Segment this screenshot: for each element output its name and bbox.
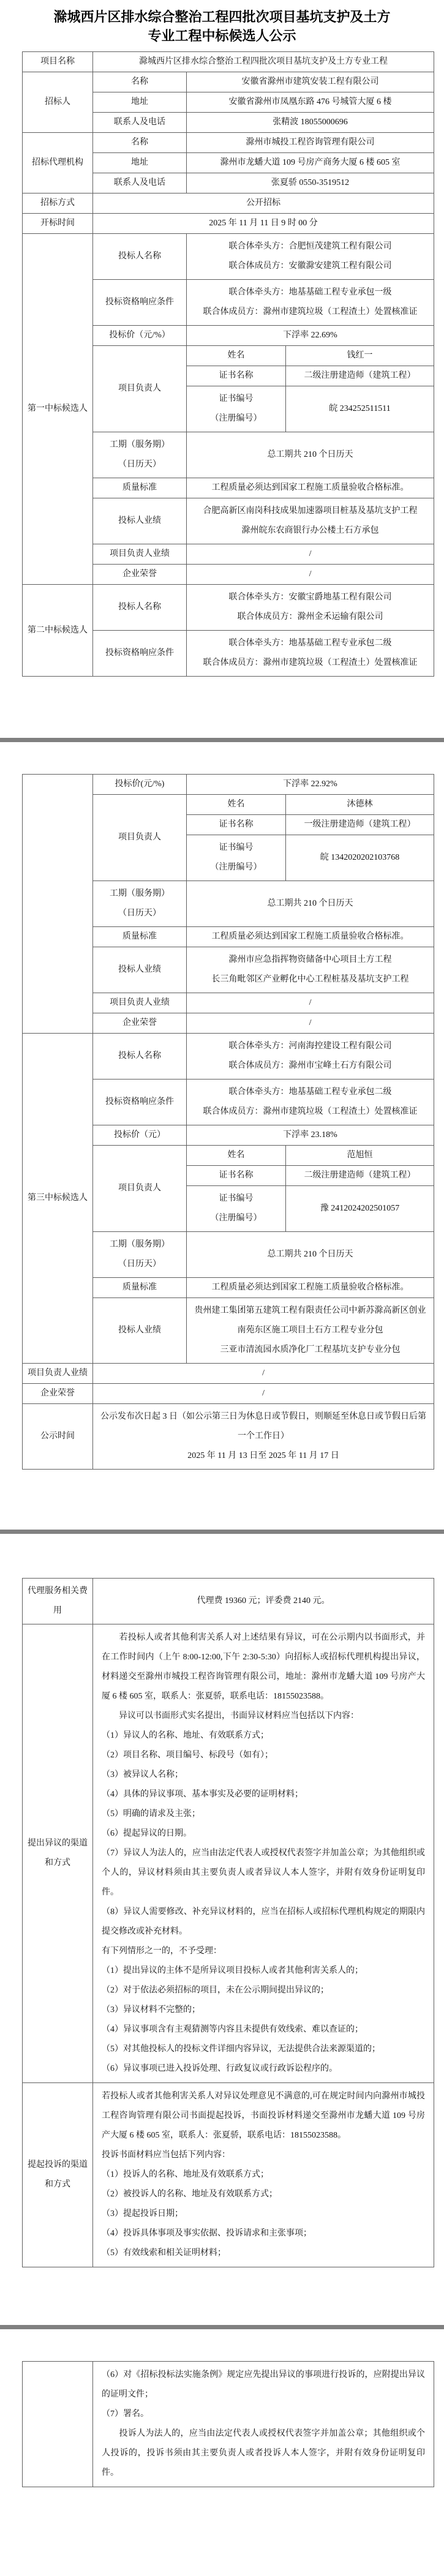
label-c1-cert-name: 证书名称 bbox=[187, 366, 286, 386]
value-tenderer-contact: 张精波 18055000696 bbox=[187, 113, 434, 133]
label-candidate2-group: 第二中标候选人 bbox=[23, 585, 93, 677]
objection-paragraph: （4）异议事项含有主观猜测等内容且未提供有效线索、难以查证的； bbox=[102, 2020, 425, 2040]
label-c1-qualification: 投标资格响应条件 bbox=[93, 280, 187, 326]
label-c3-cert-name: 证书名称 bbox=[187, 1166, 286, 1186]
label-c3-project-manager: 项目负责人 bbox=[93, 1146, 187, 1232]
value-c1-honor: / bbox=[187, 565, 434, 585]
label-c2-pm-performance: 项目负责人业绩 bbox=[93, 993, 187, 1013]
label-c2-project-manager: 项目负责人 bbox=[93, 795, 187, 881]
value-c2-pm-performance: / bbox=[187, 993, 434, 1013]
value-c1-bid-price: 下浮率 22.69% bbox=[187, 326, 434, 346]
page-separator-1 bbox=[0, 738, 444, 742]
value-agency-contact: 张夏骄 0550-3519512 bbox=[187, 173, 434, 193]
label-c2-quality: 质量标准 bbox=[93, 927, 187, 947]
announcement-table-page2: 投标价(元/%) 下浮率 22.92% 项目负责人 姓名 沐德林 证书名称 一级… bbox=[22, 774, 434, 1470]
value-tenderer-name: 安徽省滁州市建筑安装工程有限公司 bbox=[187, 72, 434, 92]
page-title-line1: 滁城西片区排水综合整治工程四批次项目基坑支护及土方 bbox=[0, 7, 444, 26]
value-c3-bid-price: 下浮率 23.18% bbox=[187, 1125, 434, 1146]
label-c1-project-manager: 项目负责人 bbox=[93, 346, 187, 432]
value-publicity-time: 公示发布次日起 3 日（如公示第三日为休息日或节假日，则顺延至休息日或节假日后第… bbox=[93, 1404, 434, 1470]
label-c2-bid-price: 投标价(元/%) bbox=[93, 775, 187, 795]
label-c3-quality: 质量标准 bbox=[93, 1278, 187, 1298]
complaint-paragraph: （3）提起投诉日期； bbox=[102, 2204, 425, 2224]
label-c2-cert-no: 证书编号 （注册编号） bbox=[187, 835, 286, 881]
label-c2-bidder: 投标人名称 bbox=[93, 585, 187, 631]
value-c1-duration: 总工期共 210 个日历天 bbox=[187, 432, 434, 478]
objection-paragraph: 若投标人或者其他利害关系人对上述结果有异议，可在公示期内以书面形式，并在工作时间… bbox=[102, 1628, 425, 1707]
label-c3-pm-name: 姓名 bbox=[187, 1146, 286, 1166]
value-agency-fee: 代理费 19360 元；评委费 2140 元。 bbox=[93, 1579, 434, 1624]
objection-paragraph: （1）异议人的名称、地址、有效联系方式； bbox=[102, 1726, 425, 1746]
value-c2-quality: 工程质量必须达到国家工程施工质量验收合格标准。 bbox=[187, 927, 434, 947]
complaint-paragraph: 投诉书面材料应当包括下列内容： bbox=[102, 2146, 425, 2165]
label-c1-duration: 工期（服务期） （日历天） bbox=[93, 432, 187, 478]
value-c3-quality: 工程质量必须达到国家工程施工质量验收合格标准。 bbox=[187, 1278, 434, 1298]
label-objection-channel: 提出异议的渠道 和方式 bbox=[23, 1624, 93, 2083]
label-c3-performance: 投标人业绩 bbox=[93, 1298, 187, 1364]
label-c2-honor: 企业荣誉 bbox=[93, 1013, 187, 1034]
value-c2-bid-price: 下浮率 22.92% bbox=[187, 775, 434, 795]
objection-paragraph: （6）提起异议的日期。 bbox=[102, 1824, 425, 1844]
value-c3-cert-name: 二级注册建造师（建筑工程） bbox=[286, 1166, 434, 1186]
label-tenderer: 招标人 bbox=[23, 72, 93, 133]
label-candidate1-group: 第一中标候选人 bbox=[23, 234, 93, 585]
label-agency-fee: 代理服务相关费用 bbox=[23, 1579, 93, 1624]
value-c2-pm-name: 沐德林 bbox=[286, 795, 434, 815]
label-c3-bidder: 投标人名称 bbox=[93, 1034, 187, 1080]
objection-paragraph: （2）对于依法必须招标的项目，未在公示期间提出异议的； bbox=[102, 1981, 425, 2000]
announcement-document: { "title": { "line1": "滁城西片区排水综合整治工程四批次项… bbox=[0, 0, 444, 2576]
value-c3-pm-performance: / bbox=[93, 1364, 434, 1384]
value-agency-name: 滁州市城投工程咨询管理有限公司 bbox=[187, 133, 434, 153]
value-c2-honor: / bbox=[187, 1013, 434, 1034]
label-c1-pm-name: 姓名 bbox=[187, 346, 286, 366]
value-c2-qualification: 联合体牵头方：地基基础工程专业承包二级 联合体成员方：滁州市建筑垃圾（工程渣土）… bbox=[187, 631, 434, 677]
value-c1-bidder: 联合体牵头方：合肥恒茂建筑工程有限公司 联合体成员方：安徽滁安建筑工程有限公司 bbox=[187, 234, 434, 280]
label-complaint-channel: 提起投诉的渠道 和方式 bbox=[23, 2083, 93, 2267]
label-c1-cert-no: 证书编号 （注册编号） bbox=[187, 386, 286, 432]
objection-content: 若投标人或者其他利害关系人对上述结果有异议，可在公示期内以书面形式，并在工作时间… bbox=[93, 1624, 434, 2083]
label-c1-bid-price: 投标价（元/%） bbox=[93, 326, 187, 346]
label-c1-bidder: 投标人名称 bbox=[93, 234, 187, 280]
page-separator-3 bbox=[0, 2325, 444, 2329]
complaint-paragraph: （4）投诉具体事项及事实依据、投诉请求和主张事项； bbox=[102, 2224, 425, 2244]
label-c1-quality: 质量标准 bbox=[93, 478, 187, 498]
objection-paragraph: （3）异议材料不完整的； bbox=[102, 2000, 425, 2020]
value-c2-performance: 滁州市应急指挥物资储备中心项目土方工程 长三角毗邻区产业孵化中心工程桩基及基坑支… bbox=[187, 947, 434, 993]
label-tender-method: 招标方式 bbox=[23, 193, 93, 214]
value-c2-bidder: 联合体牵头方：安徽宝爵地基工程有限公司 联合体成员方：滁州金禾运输有限公司 bbox=[187, 585, 434, 631]
label-c3-bid-price: 投标价（元） bbox=[93, 1125, 187, 1146]
value-c3-qualification: 联合体牵头方：地基基础工程专业承包二级 联合体成员方：滁州市建筑垃圾（工程渣土）… bbox=[187, 1080, 434, 1125]
announcement-table-page4: （6）对《招标投标法实施条例》规定应先提出异议的事项进行投诉的，应附提出异议的证… bbox=[22, 2361, 434, 2487]
value-project-name: 滁城西片区排水综合整治工程四批次项目基坑支护及土方专业工程 bbox=[93, 52, 434, 72]
label-c2-duration: 工期（服务期） （日历天） bbox=[93, 881, 187, 927]
page-separator-2 bbox=[0, 1530, 444, 1534]
label-c3-pm-performance: 项目负责人业绩 bbox=[23, 1364, 93, 1384]
label-agency-address: 地址 bbox=[93, 153, 187, 173]
empty-group-cell-c2 bbox=[23, 775, 93, 1034]
objection-paragraph: （7）异议人为法人的，应当由法定代表人或授权代表签字并加盖公章；为其他组织或个人… bbox=[102, 1844, 425, 1902]
value-c2-duration: 总工期共 210 个日历天 bbox=[187, 881, 434, 927]
label-c2-qualification: 投标资格响应条件 bbox=[93, 631, 187, 677]
value-c2-cert-name: 一级注册建造师（建筑工程） bbox=[286, 815, 434, 835]
label-c3-duration: 工期（服务期） （日历天） bbox=[93, 1232, 187, 1278]
label-c2-cert-name: 证书名称 bbox=[187, 815, 286, 835]
value-c3-duration: 总工期共 210 个日历天 bbox=[187, 1232, 434, 1278]
complaint-paragraph: （2）被投诉人的名称、地址及有效联系方式； bbox=[102, 2185, 425, 2204]
announcement-table-page1: 项目名称 滁城西片区排水综合整治工程四批次项目基坑支护及土方专业工程 招标人 名… bbox=[22, 51, 434, 677]
label-c2-pm-name: 姓名 bbox=[187, 795, 286, 815]
label-candidate3-group: 第三中标候选人 bbox=[23, 1034, 93, 1364]
page-title: 滁城西片区排水综合整治工程四批次项目基坑支护及土方 专业工程中标候选人公示 bbox=[0, 0, 444, 45]
value-c3-pm-name: 范旭恒 bbox=[286, 1146, 434, 1166]
label-project-name: 项目名称 bbox=[23, 52, 93, 72]
label-c3-qualification: 投标资格响应条件 bbox=[93, 1080, 187, 1125]
label-c1-performance: 投标人业绩 bbox=[93, 498, 187, 544]
complaint-paragraph: （6）对《招标投标法实施条例》规定应先提出异议的事项进行投诉的，应附提出异议的证… bbox=[102, 2365, 425, 2405]
label-agency: 招标代理机构 bbox=[23, 133, 93, 193]
value-tender-method: 公开招标 bbox=[93, 193, 434, 214]
objection-paragraph: （3）被异议人名称； bbox=[102, 1765, 425, 1785]
value-c1-pm-performance: / bbox=[187, 544, 434, 565]
empty-group-cell-complaint bbox=[23, 2362, 93, 2487]
label-publicity-time: 公示时间 bbox=[23, 1404, 93, 1470]
complaint-paragraph: （1）投诉人的名称、地址及有效联系方式； bbox=[102, 2165, 425, 2185]
value-c1-cert-no: 皖 234252511511 bbox=[286, 386, 434, 432]
label-agency-name: 名称 bbox=[93, 133, 187, 153]
announcement-table-page3: 代理服务相关费用 代理费 19360 元；评委费 2140 元。 提出异议的渠道… bbox=[22, 1578, 434, 2267]
label-c1-honor: 企业荣誉 bbox=[93, 565, 187, 585]
objection-paragraph: （5）对其他投标人的投标文件详细内容异议，无法提供合法来源渠道的； bbox=[102, 2040, 425, 2059]
value-c3-bidder: 联合体牵头方：河南海控建设工程有限公司 联合体成员方：滁州市宝峰土石方有限公司 bbox=[187, 1034, 434, 1080]
value-c1-performance: 合肥高新区南岗科技成果加速器项目桩基及基坑支护工程 滁州皖东农商银行办公楼土石方… bbox=[187, 498, 434, 544]
value-c1-pm-name: 钱红一 bbox=[286, 346, 434, 366]
value-c2-cert-no: 皖 1342020202103768 bbox=[286, 835, 434, 881]
value-opening-time: 2025 年 11 月 11 日 9 时 00 分 bbox=[93, 214, 434, 234]
label-c3-cert-no: 证书编号 （注册编号） bbox=[187, 1186, 286, 1232]
complaint-paragraph: （5）有效线索和相关证明材料； bbox=[102, 2244, 425, 2263]
label-c2-performance: 投标人业绩 bbox=[93, 947, 187, 993]
complaint-paragraph: 投诉人为法人的，应当由法定代表人或授权代表签字并加盖公章；其他组织或个人投诉的，… bbox=[102, 2424, 425, 2483]
objection-paragraph: （1）提出异议的主体不是所异议项目投标人或者其他利害关系人的； bbox=[102, 1961, 425, 1981]
value-tenderer-address: 安徽省滁州市凤凰东路 476 号城管大厦 6 楼 bbox=[187, 92, 434, 113]
value-c3-honor: / bbox=[93, 1384, 434, 1404]
value-c1-cert-name: 二级注册建造师（建筑工程） bbox=[286, 366, 434, 386]
objection-paragraph: 有下列情形之一的，不予受理： bbox=[102, 1942, 425, 1961]
complaint-content: 若投标人或者其他利害关系人对异议处理意见不满意的,可在规定时间内向滁州市城投工程… bbox=[93, 2083, 434, 2267]
objection-paragraph: （8）异议人需要修改、补充异议材料的，应当在招标人或招标代理机构规定的期限内提交… bbox=[102, 1902, 425, 1942]
complaint-paragraph: 若投标人或者其他利害关系人对异议处理意见不满意的,可在规定时间内向滁州市城投工程… bbox=[102, 2087, 425, 2146]
objection-paragraph: （6）异议事项已进入投诉处理、行政复议或行政诉讼程序的。 bbox=[102, 2059, 425, 2079]
value-c1-quality: 工程质量必须达到国家工程施工质量验收合格标准。 bbox=[187, 478, 434, 498]
label-tenderer-address: 地址 bbox=[93, 92, 187, 113]
label-opening-time: 开标时间 bbox=[23, 214, 93, 234]
label-tenderer-name: 名称 bbox=[93, 72, 187, 92]
value-c3-cert-no: 豫 2412024202501057 bbox=[286, 1186, 434, 1232]
objection-paragraph: （5）明确的请求及主张； bbox=[102, 1804, 425, 1824]
label-tenderer-contact: 联系人及电话 bbox=[93, 113, 187, 133]
objection-paragraph: （2）项目名称、项目编号、标段号（如有）； bbox=[102, 1746, 425, 1765]
complaint-paragraph: （7）署名。 bbox=[102, 2405, 425, 2424]
value-agency-address: 滁州市龙蟠大道 109 号房产商务大厦 6 楼 605 室 bbox=[187, 153, 434, 173]
label-c1-pm-performance: 项目负责人业绩 bbox=[93, 544, 187, 565]
label-c3-honor: 企业荣誉 bbox=[23, 1384, 93, 1404]
page-title-line2: 专业工程中标候选人公示 bbox=[0, 26, 444, 45]
value-c1-qualification: 联合体牵头方：地基基础工程专业承包一级 联合体成员方：滁州市建筑垃圾（工程渣土）… bbox=[187, 280, 434, 326]
complaint-content-continued: （6）对《招标投标法实施条例》规定应先提出异议的事项进行投诉的，应附提出异议的证… bbox=[93, 2362, 434, 2487]
objection-paragraph: （4）具体的异议事项、基本事实及必要的证明材料； bbox=[102, 1785, 425, 1804]
value-c3-performance: 贵州建工集团第五建筑工程有限责任公司中新苏滁高新区创业南苑东区施工项目土石方工程… bbox=[187, 1298, 434, 1364]
objection-paragraph: 异议可以书面形式实名提出，书面异议材料应当包括以下内容： bbox=[102, 1707, 425, 1726]
label-agency-contact: 联系人及电话 bbox=[93, 173, 187, 193]
